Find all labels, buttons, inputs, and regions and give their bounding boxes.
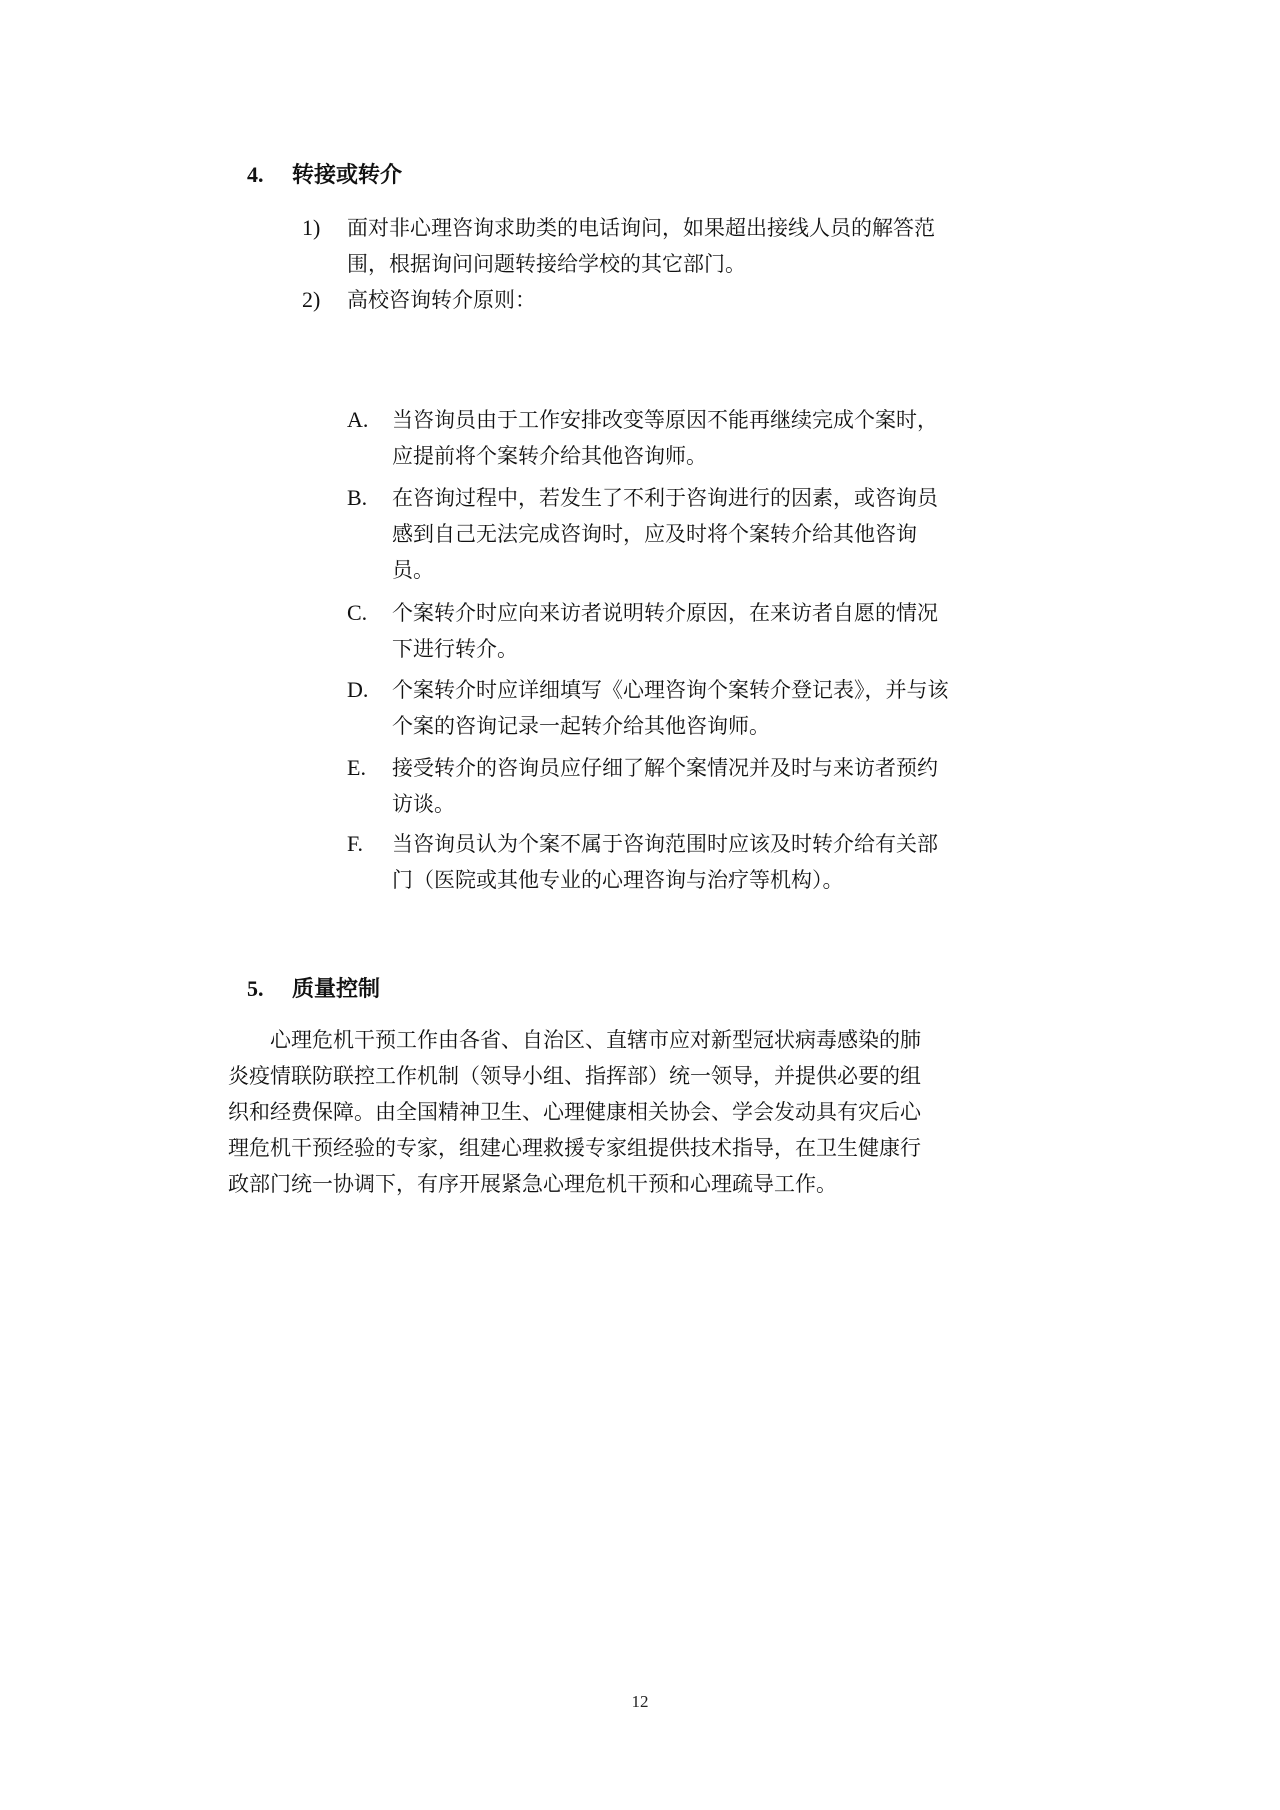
section-title: 转接或转介 bbox=[292, 160, 402, 190]
text-line: 当咨询员由于工作安排改变等原因不能再继续完成个案时， bbox=[392, 402, 938, 438]
principle-text: 接受转介的咨询员应仔细了解个案情况并及时与来访者预约 访谈。 bbox=[392, 750, 938, 822]
principle-text: 个案转介时应向来访者说明转介原因，在来访者自愿的情况 下进行转介。 bbox=[392, 595, 938, 667]
principle-label: D. bbox=[347, 672, 368, 708]
list-item-text: 面对非心理咨询求助类的电话询问，如果超出接线人员的解答范 围，根据询问问题转接给… bbox=[347, 210, 935, 282]
text-line: 员。 bbox=[392, 552, 938, 588]
text-line: 访谈。 bbox=[392, 786, 938, 822]
paragraph-line: 心理危机干预工作由各省、自治区、直辖市应对新型冠状病毒感染的肺 bbox=[228, 1022, 921, 1058]
text-line: 个案转介时应向来访者说明转介原因，在来访者自愿的情况 bbox=[392, 595, 938, 631]
list-item-label: 2) bbox=[302, 282, 320, 318]
paragraph-line: 织和经费保障。由全国精神卫生、心理健康相关协会、学会发动具有灾后心 bbox=[228, 1094, 921, 1130]
text-line: 接受转介的咨询员应仔细了解个案情况并及时与来访者预约 bbox=[392, 750, 938, 786]
text-line: 下进行转介。 bbox=[392, 631, 938, 667]
text-line: 应提前将个案转介给其他咨询师。 bbox=[392, 438, 938, 474]
page-number: 12 bbox=[0, 1692, 1280, 1712]
text-line: 高校咨询转介原则： bbox=[347, 282, 536, 318]
text-line: 在咨询过程中，若发生了不利于咨询进行的因素，或咨询员 bbox=[392, 480, 938, 516]
principle-text: 在咨询过程中，若发生了不利于咨询进行的因素，或咨询员 感到自己无法完成咨询时，应… bbox=[392, 480, 938, 588]
text-line: 围，根据询问问题转接给学校的其它部门。 bbox=[347, 246, 935, 282]
principle-label: B. bbox=[347, 480, 367, 516]
principle-label: A. bbox=[347, 402, 368, 438]
principle-text: 当咨询员由于工作安排改变等原因不能再继续完成个案时， 应提前将个案转介给其他咨询… bbox=[392, 402, 938, 474]
text-line: 面对非心理咨询求助类的电话询问，如果超出接线人员的解答范 bbox=[347, 210, 935, 246]
principle-label: F. bbox=[347, 826, 363, 862]
text-line: 感到自己无法完成咨询时，应及时将个案转介给其他咨询 bbox=[392, 516, 938, 552]
principle-label: E. bbox=[347, 750, 366, 786]
principle-text: 个案转介时应详细填写《心理咨询个案转介登记表》，并与该 个案的咨询记录一起转介给… bbox=[392, 672, 949, 744]
paragraph-line: 政部门统一协调下，有序开展紧急心理危机干预和心理疏导工作。 bbox=[228, 1166, 921, 1202]
document-page: 4. 转接或转介 1) 面对非心理咨询求助类的电话询问，如果超出接线人员的解答范… bbox=[0, 0, 1280, 1810]
paragraph-line: 理危机干预经验的专家，组建心理救援专家组提供技术指导，在卫生健康行 bbox=[228, 1130, 921, 1166]
section-number: 4. bbox=[247, 160, 264, 190]
text-line: 门（医院或其他专业的心理咨询与治疗等机构）。 bbox=[392, 862, 938, 898]
principle-label: C. bbox=[347, 595, 367, 631]
section-paragraph: 心理危机干预工作由各省、自治区、直辖市应对新型冠状病毒感染的肺 炎疫情联防联控工… bbox=[228, 1022, 921, 1202]
section-title: 质量控制 bbox=[292, 974, 380, 1004]
section-number: 5. bbox=[247, 974, 264, 1004]
text-line: 个案转介时应详细填写《心理咨询个案转介登记表》，并与该 bbox=[392, 672, 949, 708]
list-item-label: 1) bbox=[302, 210, 320, 246]
paragraph-line: 炎疫情联防联控工作机制（领导小组、指挥部）统一领导，并提供必要的组 bbox=[228, 1058, 921, 1094]
principle-text: 当咨询员认为个案不属于咨询范围时应该及时转介给有关部 门（医院或其他专业的心理咨… bbox=[392, 826, 938, 898]
list-item-text: 高校咨询转介原则： bbox=[347, 282, 536, 318]
text-line: 当咨询员认为个案不属于咨询范围时应该及时转介给有关部 bbox=[392, 826, 938, 862]
text-line: 个案的咨询记录一起转介给其他咨询师。 bbox=[392, 708, 949, 744]
